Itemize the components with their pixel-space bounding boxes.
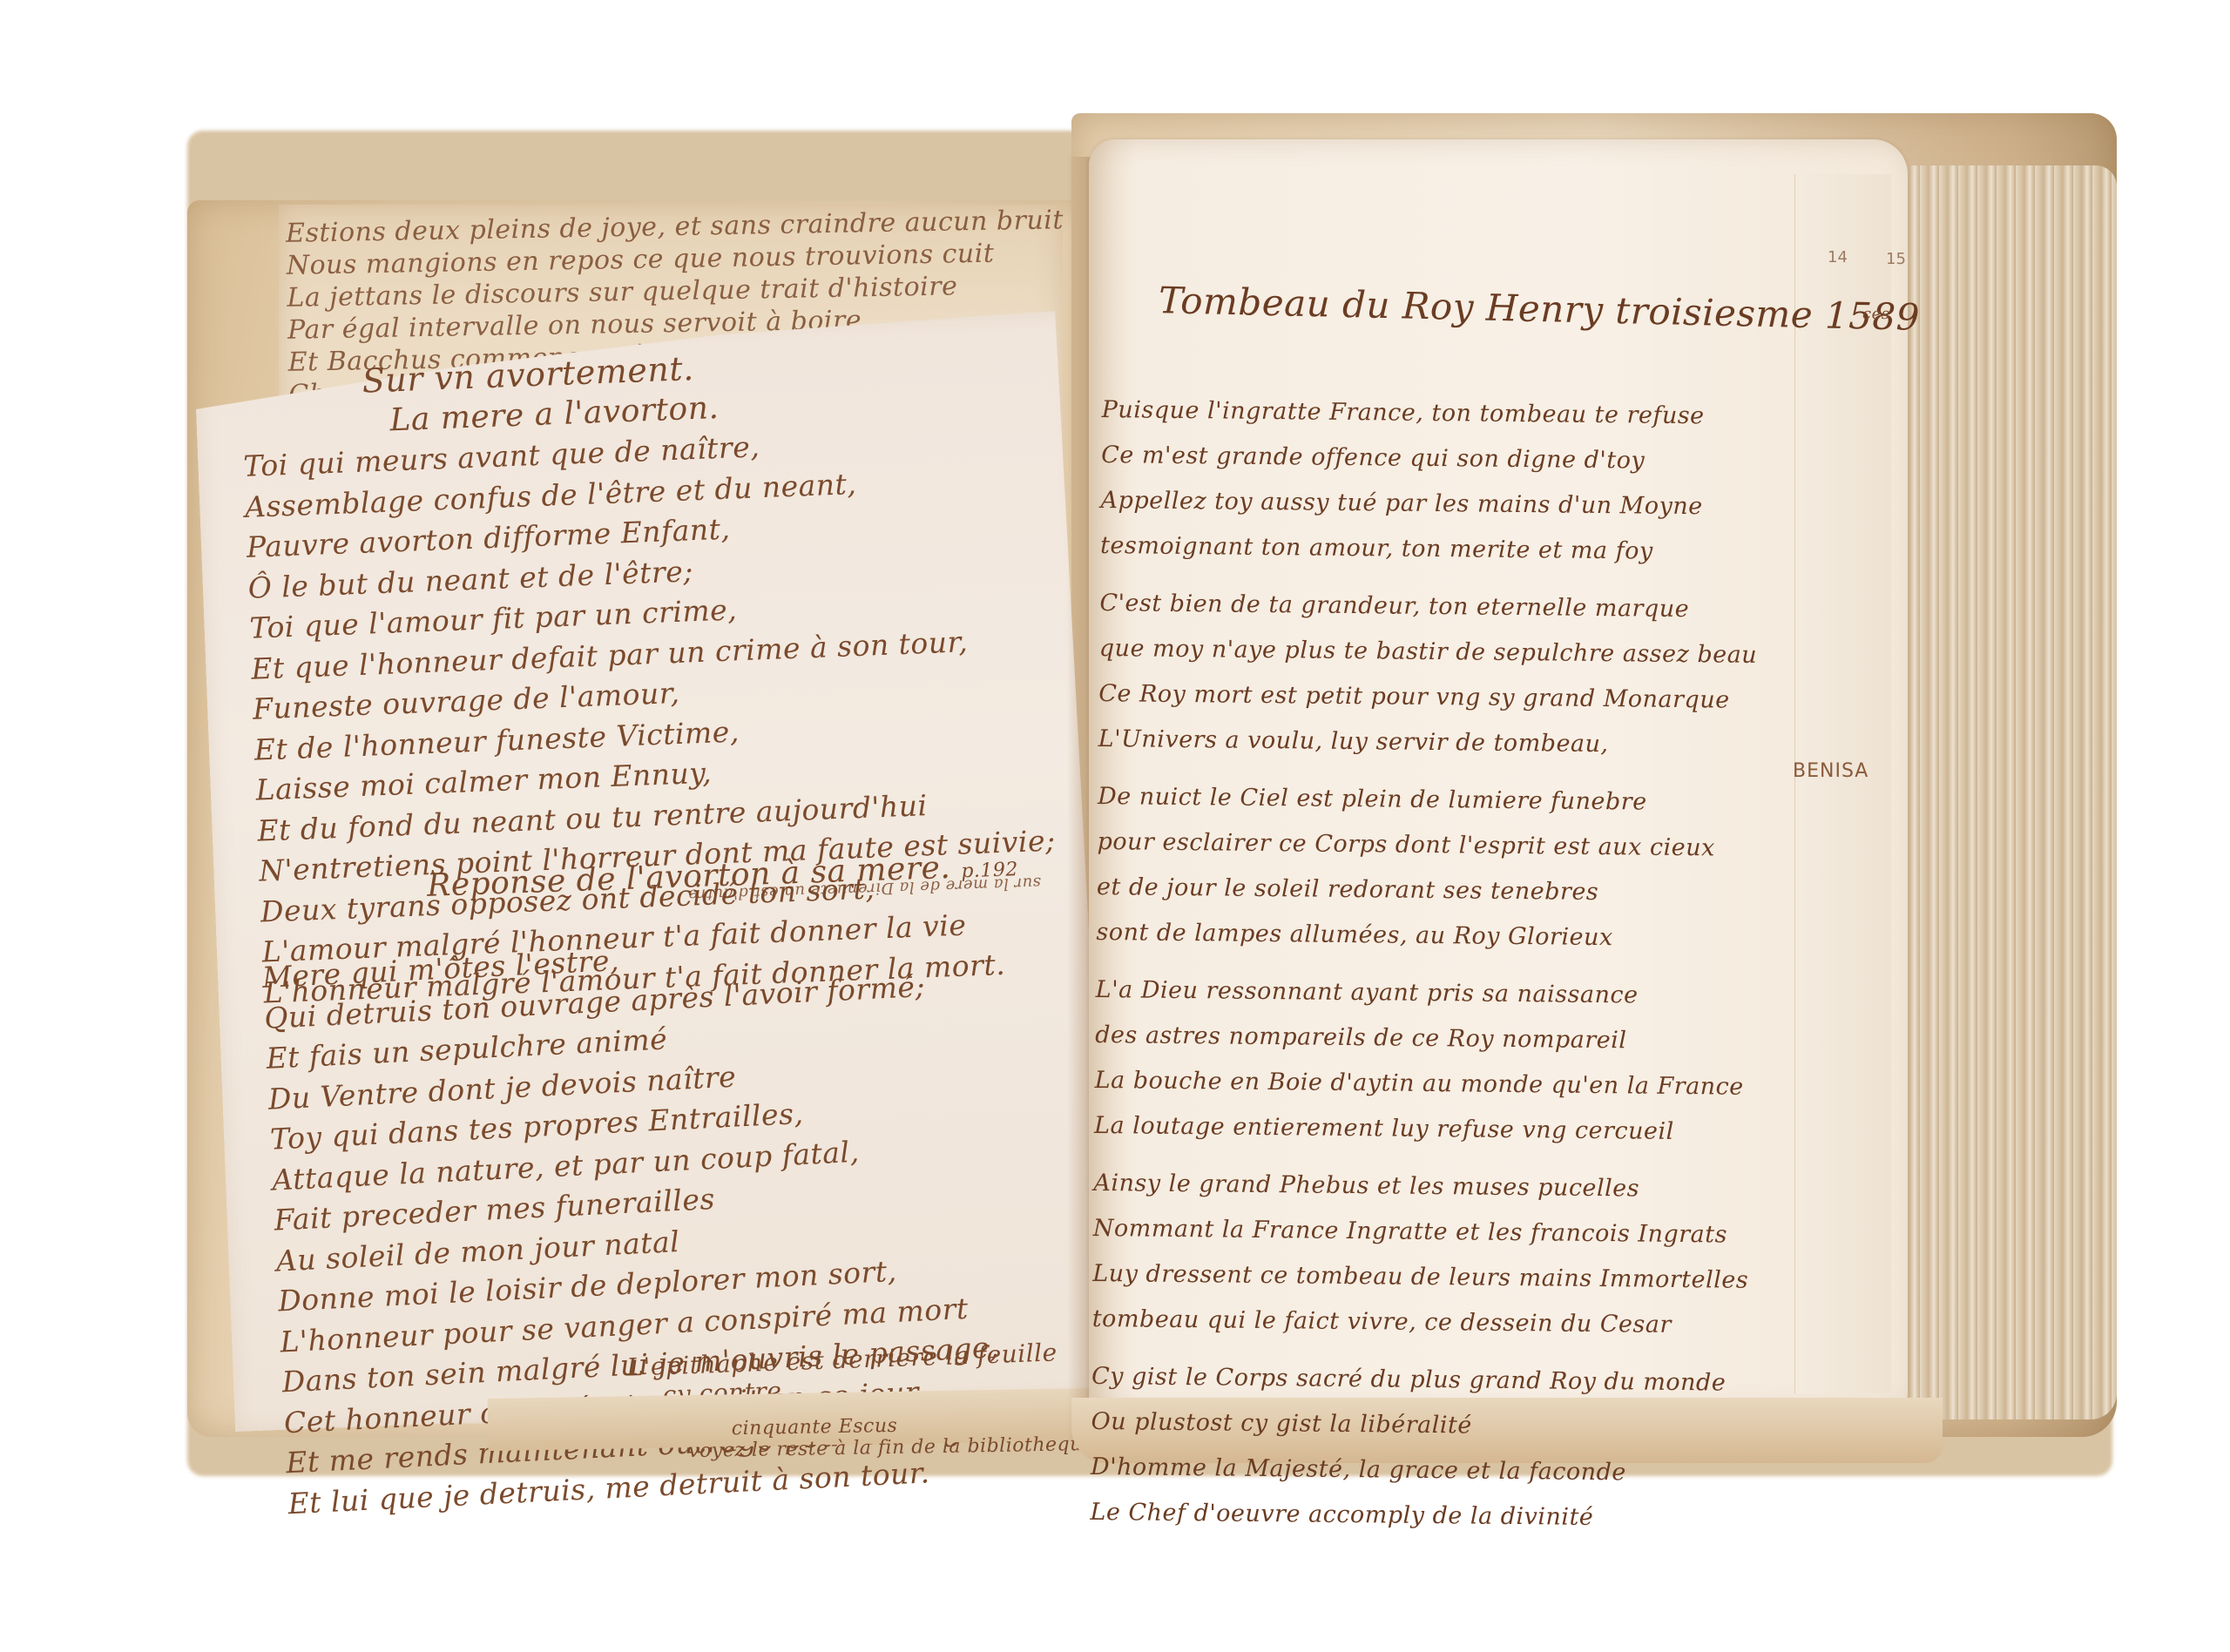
margin-mark: ces	[1862, 305, 1889, 323]
verse-line: des astres nompareils de ce Roy nomparei…	[1095, 1013, 1754, 1065]
verse-line: La loutage entierement luy refuse vng ce…	[1094, 1103, 1753, 1156]
poem-avortement: Sur vn avortement. La mere a l'avorton. …	[240, 335, 1061, 1014]
verse-line: Nommant la France Ingratte et les franco…	[1093, 1206, 1752, 1258]
verse-line: Ce Roy mort est petit pour vng sy grand …	[1098, 671, 1757, 724]
verse-line: D'homme la Majesté, la grace et la facon…	[1091, 1445, 1749, 1497]
verse-line: De nuict le Ciel est plein de lumiere fu…	[1098, 774, 1756, 826]
verse-line: Ou plustost cy gist la libéralité	[1091, 1399, 1749, 1452]
verse-line: pour esclairer ce Corps dont l'esprit es…	[1097, 819, 1755, 872]
right-page-folded-strip	[1794, 174, 1891, 1393]
margin-word-benisa: BENISA	[1793, 760, 1868, 782]
verse-line: C'est bien de ta grandeur, ton eternelle…	[1099, 581, 1758, 633]
tombeau-verses: Puisque l'ingratte France, ton tombeau t…	[1090, 388, 1760, 1542]
verse-line: Ainsy le grand Phebus et les muses pucel…	[1093, 1161, 1752, 1213]
verse-line: L'Univers a voulu, luy servir de tombeau…	[1098, 717, 1756, 769]
page-number: 15	[1886, 250, 1906, 268]
verse-line: Puisque l'ingratte France, ton tombeau t…	[1101, 388, 1760, 440]
bottom-notes: cinquante Escus voyez le reste à la fin …	[688, 1412, 1095, 1462]
verse-line: que moy n'aye plus te bastir de sepulchr…	[1099, 626, 1758, 678]
verse-line: tombeau qui le faict vivre, ce dessein d…	[1092, 1297, 1751, 1349]
fore-edge-pages	[1882, 165, 2117, 1419]
verse-line: Ce m'est grande offence qui son digne d'…	[1101, 433, 1760, 485]
verse-line: La bouche en Boie d'aytin au monde qu'en…	[1094, 1058, 1753, 1110]
verse-line: et de jour le soleil redorant ses tenebr…	[1097, 865, 1755, 917]
verse-line: tesmoignant ton amour, ton merite et ma …	[1100, 523, 1759, 576]
verse-line: Cy gist le Corps sacré du plus grand Roy…	[1091, 1354, 1750, 1406]
verse-line: Le Chef d'oeuvre accomply de la divinité	[1090, 1490, 1748, 1542]
verse-line: Appellez toy aussy tué par les mains d'u…	[1100, 478, 1759, 530]
page-number: 14	[1828, 248, 1848, 266]
verse-line: sont de lampes allumées, au Roy Glorieux	[1096, 910, 1754, 962]
verse-line: Luy dressent ce tombeau de leurs mains I…	[1092, 1251, 1751, 1304]
verse-line: L'a Dieu ressonnant ayant pris sa naissa…	[1095, 968, 1754, 1020]
